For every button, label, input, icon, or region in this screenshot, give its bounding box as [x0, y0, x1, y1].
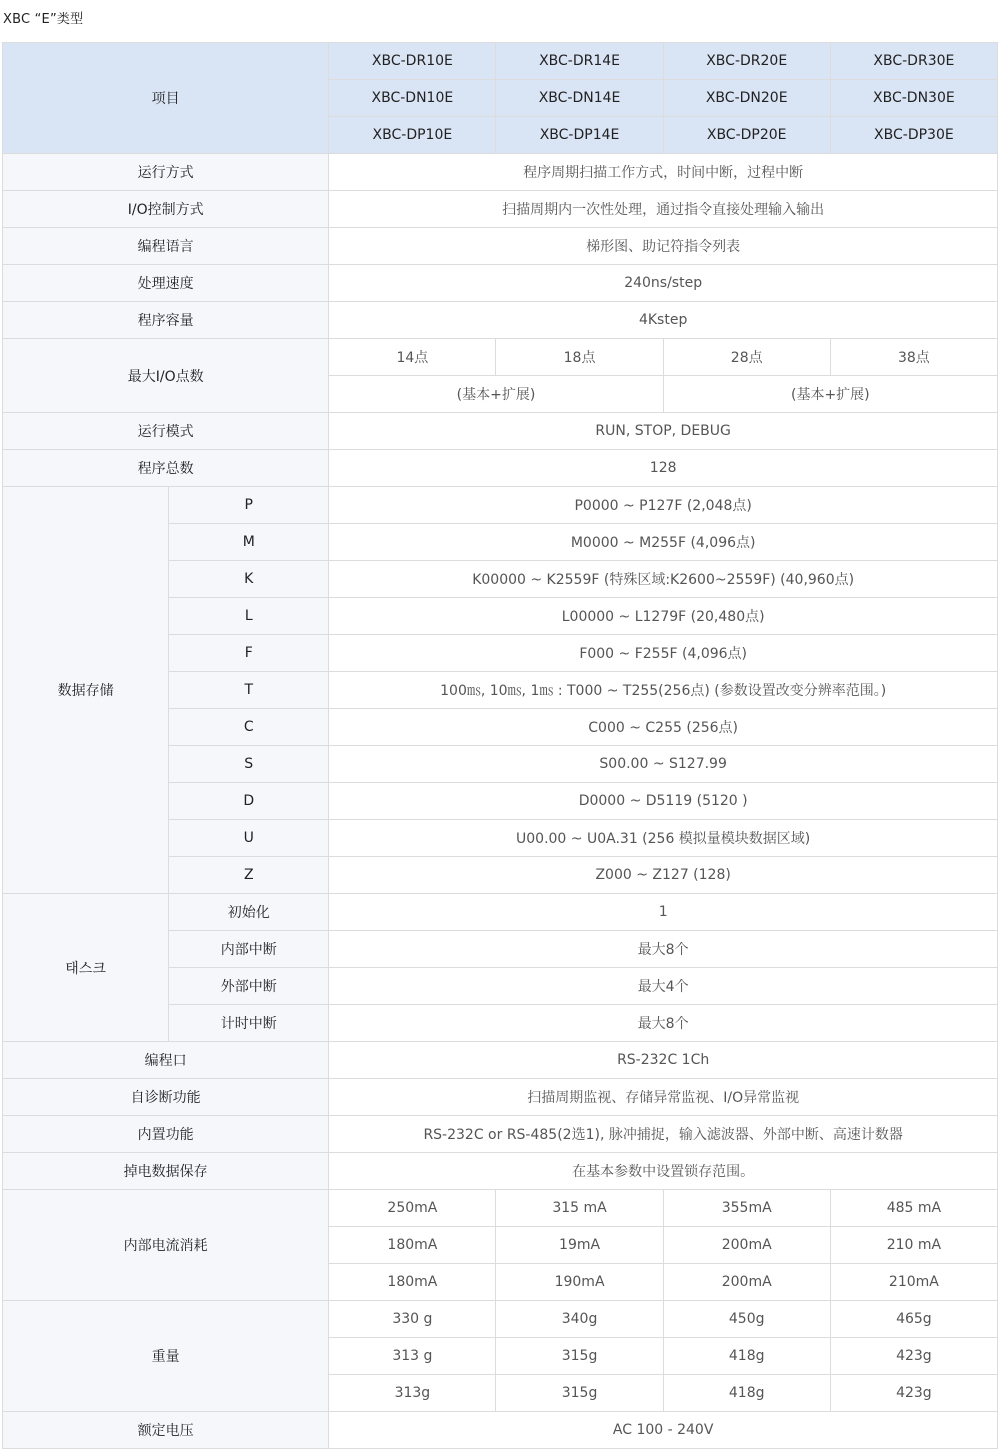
- sub-label: 外部中断: [169, 968, 329, 1005]
- row-value: C000 ~ C255 (256点): [329, 709, 998, 746]
- row-value: RS-232C or RS-485(2选1), 脉冲捕捉，输入滤波器、外部中断、…: [329, 1116, 998, 1153]
- row-value: AC 100 - 240V: [329, 1412, 998, 1449]
- row-value: 1: [329, 894, 998, 931]
- row-label: 额定电压: [3, 1412, 329, 1449]
- row-value: L00000 ~ L1279F (20,480点): [329, 598, 998, 635]
- table-row: 运行方式 程序周期扫描工作方式，时间中断，过程中断: [3, 154, 998, 191]
- io-points-cell: 28点: [663, 339, 830, 376]
- current-cell: 250mA: [329, 1190, 496, 1227]
- model-cell: XBC-DR10E: [329, 43, 496, 80]
- weight-cell: 418g: [663, 1338, 830, 1375]
- io-note-cell: (基本+扩展): [663, 376, 997, 413]
- sub-label: P: [169, 487, 329, 524]
- table-row: 运行模式 RUN, STOP, DEBUG: [3, 413, 998, 450]
- io-note-cell: (基本+扩展): [329, 376, 663, 413]
- table-row: 额定电压 AC 100 - 240V: [3, 1412, 998, 1449]
- row-value: RUN, STOP, DEBUG: [329, 413, 998, 450]
- weight-cell: 465g: [830, 1301, 997, 1338]
- row-value: 最大4个: [329, 968, 998, 1005]
- header-label: 项目: [3, 43, 329, 154]
- sub-label: T: [169, 672, 329, 709]
- row-value: 在基本参数中设置锁存范围。: [329, 1153, 998, 1190]
- row-label: 编程语言: [3, 228, 329, 265]
- model-cell: XBC-DP30E: [830, 117, 997, 154]
- weight-cell: 313g: [329, 1375, 496, 1412]
- weight-cell: 340g: [496, 1301, 663, 1338]
- table-row: 内置功能 RS-232C or RS-485(2选1), 脉冲捕捉，输入滤波器、…: [3, 1116, 998, 1153]
- row-value: 梯形图、助记符指令列表: [329, 228, 998, 265]
- header-row: 项目 XBC-DR10E XBC-DR14E XBC-DR20E XBC-DR3…: [3, 43, 998, 80]
- row-label: 掉电数据保存: [3, 1153, 329, 1190]
- table-row: 程序容量 4Kstep: [3, 302, 998, 339]
- row-label: 内部电流消耗: [3, 1190, 329, 1301]
- table-row: 自诊断功能 扫描周期监视、存储异常监视、I/O异常监视: [3, 1079, 998, 1116]
- current-cell: 180mA: [329, 1264, 496, 1301]
- current-cell: 210 mA: [830, 1227, 997, 1264]
- row-value: U00.00 ~ U0A.31 (256 模拟量模块数据区域): [329, 820, 998, 857]
- sub-label: M: [169, 524, 329, 561]
- row-value: M0000 ~ M255F (4,096点): [329, 524, 998, 561]
- table-row: 태스크 初始化 1: [3, 894, 998, 931]
- sub-label: U: [169, 820, 329, 857]
- row-value: 100㎳, 10㎳, 1㎳ : T000 ~ T255(256点) (参数设置改…: [329, 672, 998, 709]
- row-label: 程序总数: [3, 450, 329, 487]
- model-cell: XBC-DN14E: [496, 80, 663, 117]
- table-row: 最大I/O点数 14点 18点 28点 38点: [3, 339, 998, 376]
- sub-label: 计时中断: [169, 1005, 329, 1042]
- row-label: 处理速度: [3, 265, 329, 302]
- group-label: 태스크: [3, 894, 169, 1042]
- row-label: 程序容量: [3, 302, 329, 339]
- model-cell: XBC-DR30E: [830, 43, 997, 80]
- weight-cell: 450g: [663, 1301, 830, 1338]
- row-value: RS-232C 1Ch: [329, 1042, 998, 1079]
- sub-label: Z: [169, 857, 329, 894]
- row-value: 扫描周期内一次性处理，通过指令直接处理输入输出: [329, 191, 998, 228]
- row-value: 128: [329, 450, 998, 487]
- weight-cell: 423g: [830, 1338, 997, 1375]
- current-cell: 200mA: [663, 1264, 830, 1301]
- sub-label: L: [169, 598, 329, 635]
- table-row: 程序总数 128: [3, 450, 998, 487]
- row-label: 重量: [3, 1301, 329, 1412]
- spec-table: 项目 XBC-DR10E XBC-DR14E XBC-DR20E XBC-DR3…: [2, 42, 998, 1449]
- model-cell: XBC-DP14E: [496, 117, 663, 154]
- row-value: 最大8个: [329, 931, 998, 968]
- model-cell: XBC-DN20E: [663, 80, 830, 117]
- row-value: D0000 ~ D5119 (5120 ): [329, 783, 998, 820]
- weight-cell: 315g: [496, 1338, 663, 1375]
- sub-label: 内部中断: [169, 931, 329, 968]
- model-cell: XBC-DN10E: [329, 80, 496, 117]
- sub-label: F: [169, 635, 329, 672]
- row-value: 扫描周期监视、存储异常监视、I/O异常监视: [329, 1079, 998, 1116]
- row-value: S00.00 ~ S127.99: [329, 746, 998, 783]
- table-row: 处理速度 240ns/step: [3, 265, 998, 302]
- row-value: F000 ~ F255F (4,096点): [329, 635, 998, 672]
- weight-cell: 315g: [496, 1375, 663, 1412]
- weight-cell: 418g: [663, 1375, 830, 1412]
- current-cell: 190mA: [496, 1264, 663, 1301]
- row-label: 运行方式: [3, 154, 329, 191]
- group-label: 数据存储: [3, 487, 169, 894]
- weight-cell: 330 g: [329, 1301, 496, 1338]
- current-cell: 200mA: [663, 1227, 830, 1264]
- model-cell: XBC-DN30E: [830, 80, 997, 117]
- row-label: 编程口: [3, 1042, 329, 1079]
- table-row: 掉电数据保存 在基本参数中设置锁存范围。: [3, 1153, 998, 1190]
- table-row: 编程语言 梯形图、助记符指令列表: [3, 228, 998, 265]
- row-value: 最大8个: [329, 1005, 998, 1042]
- table-row: 重量 330 g 340g 450g 465g: [3, 1301, 998, 1338]
- model-cell: XBC-DR14E: [496, 43, 663, 80]
- weight-cell: 313 g: [329, 1338, 496, 1375]
- row-value: Z000 ~ Z127 (128): [329, 857, 998, 894]
- table-row: I/O控制方式 扫描周期内一次性处理，通过指令直接处理输入输出: [3, 191, 998, 228]
- row-label: 自诊断功能: [3, 1079, 329, 1116]
- sub-label: S: [169, 746, 329, 783]
- table-row: 编程口 RS-232C 1Ch: [3, 1042, 998, 1079]
- row-label: I/O控制方式: [3, 191, 329, 228]
- row-value: K00000 ~ K2559F (特殊区域:K2600~2559F) (40,9…: [329, 561, 998, 598]
- sub-label: 初始化: [169, 894, 329, 931]
- row-value: P0000 ~ P127F (2,048点): [329, 487, 998, 524]
- current-cell: 180mA: [329, 1227, 496, 1264]
- table-row: 内部电流消耗 250mA 315 mA 355mA 485 mA: [3, 1190, 998, 1227]
- row-value: 4Kstep: [329, 302, 998, 339]
- model-cell: XBC-DR20E: [663, 43, 830, 80]
- io-points-cell: 38点: [830, 339, 997, 376]
- weight-cell: 423g: [830, 1375, 997, 1412]
- row-label: 最大I/O点数: [3, 339, 329, 413]
- model-cell: XBC-DP10E: [329, 117, 496, 154]
- current-cell: 485 mA: [830, 1190, 997, 1227]
- sub-label: K: [169, 561, 329, 598]
- current-cell: 210mA: [830, 1264, 997, 1301]
- current-cell: 355mA: [663, 1190, 830, 1227]
- row-label: 运行模式: [3, 413, 329, 450]
- model-cell: XBC-DP20E: [663, 117, 830, 154]
- sub-label: D: [169, 783, 329, 820]
- row-value: 程序周期扫描工作方式，时间中断，过程中断: [329, 154, 998, 191]
- io-points-cell: 14点: [329, 339, 496, 376]
- current-cell: 19mA: [496, 1227, 663, 1264]
- row-value: 240ns/step: [329, 265, 998, 302]
- sub-label: C: [169, 709, 329, 746]
- table-row: 数据存储 P P0000 ~ P127F (2,048点): [3, 487, 998, 524]
- row-label: 内置功能: [3, 1116, 329, 1153]
- current-cell: 315 mA: [496, 1190, 663, 1227]
- io-points-cell: 18点: [496, 339, 663, 376]
- page-title: XBC “E”类型: [3, 8, 83, 27]
